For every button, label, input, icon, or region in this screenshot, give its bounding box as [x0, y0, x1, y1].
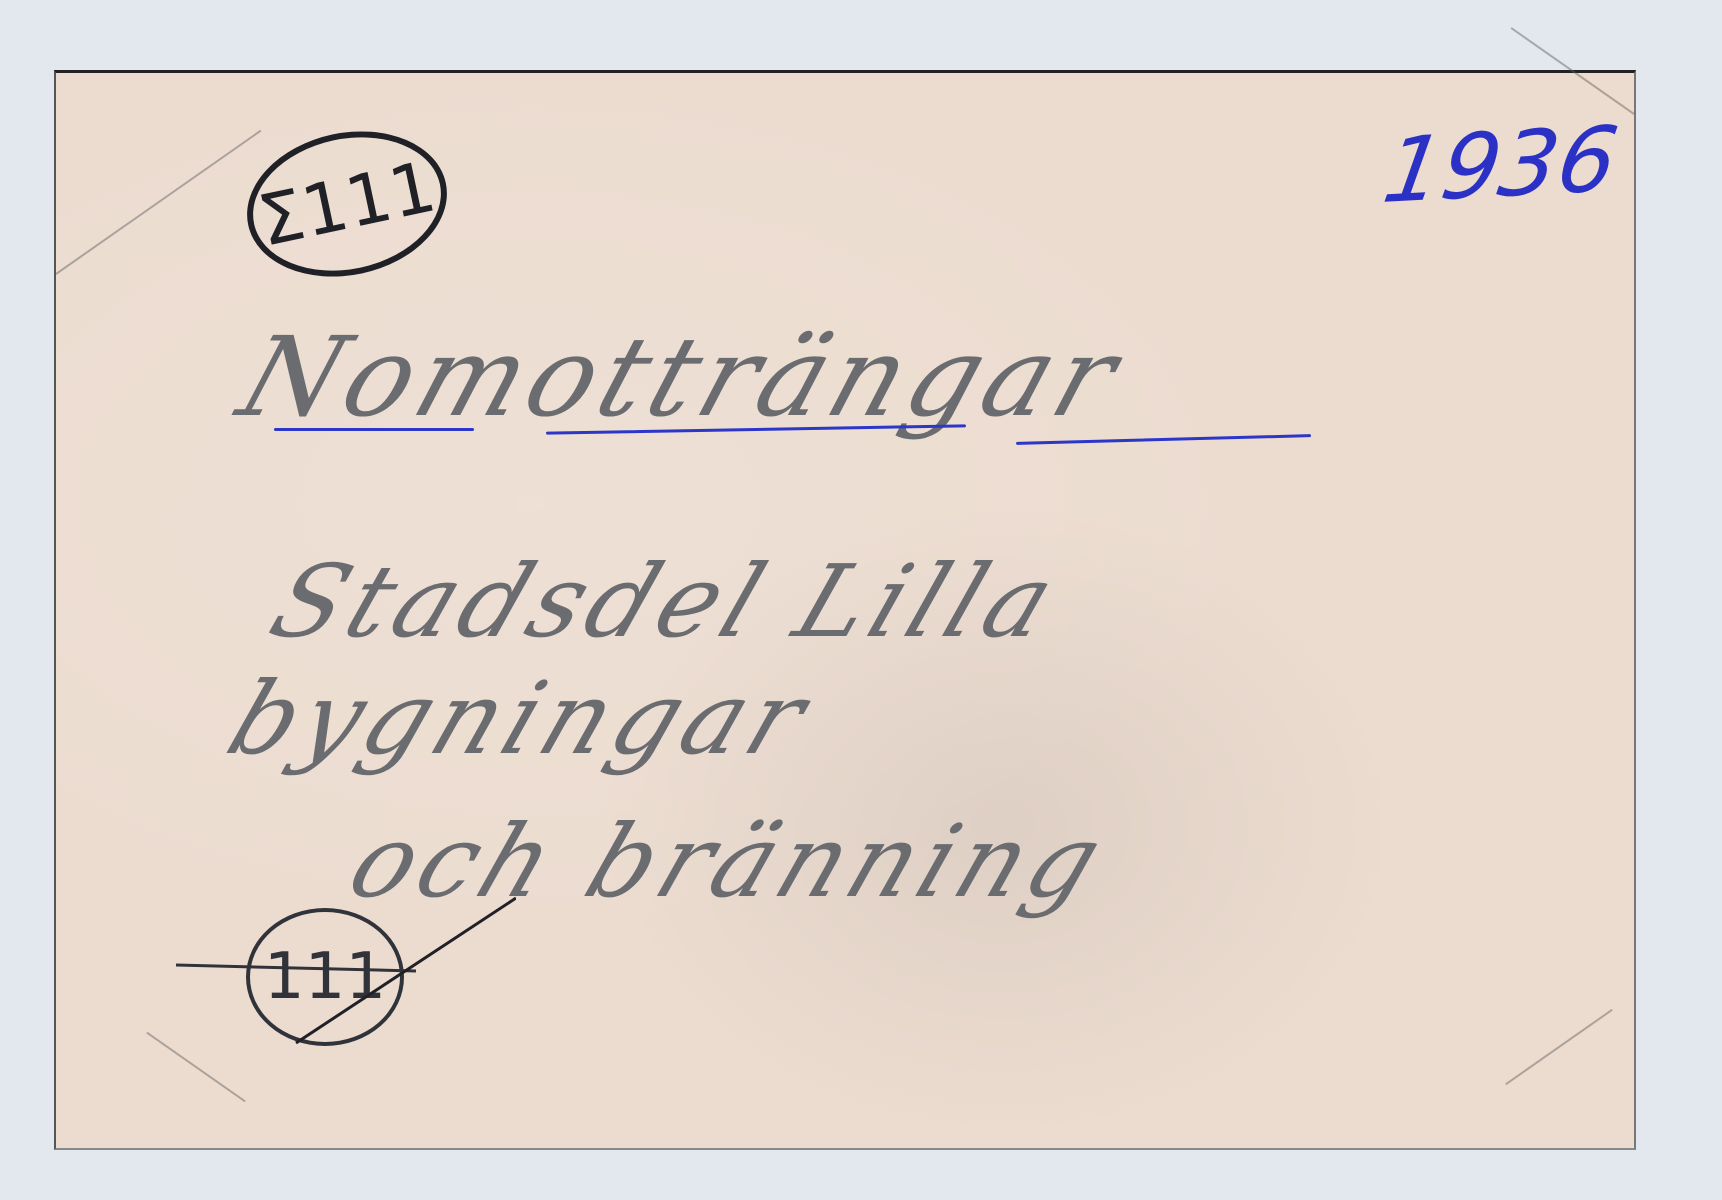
corner-mount-mark [146, 1032, 245, 1102]
handwritten-line-1: Nomotträngar [225, 313, 1138, 441]
corner-mount-mark [1505, 1009, 1613, 1085]
catalog-mark-text: Σ111 [251, 145, 442, 262]
handwritten-line-2: Stadsdel Lilla bygningar [213, 543, 1676, 777]
catalog-mark-circled: Σ111 [233, 114, 460, 295]
year-annotation: 1936 [1376, 107, 1624, 224]
blue-underline [274, 428, 474, 431]
catalog-mark-text: 111 [264, 940, 386, 1014]
card: Σ111 1936 Nomotträngar Stadsdel Lilla by… [54, 70, 1636, 1150]
handwritten-line-3: och bränning [335, 803, 1123, 920]
corner-mount-mark [55, 130, 261, 275]
catalog-mark-crossed-out: 111 [246, 908, 404, 1046]
corner-mount-mark [1511, 27, 1635, 115]
